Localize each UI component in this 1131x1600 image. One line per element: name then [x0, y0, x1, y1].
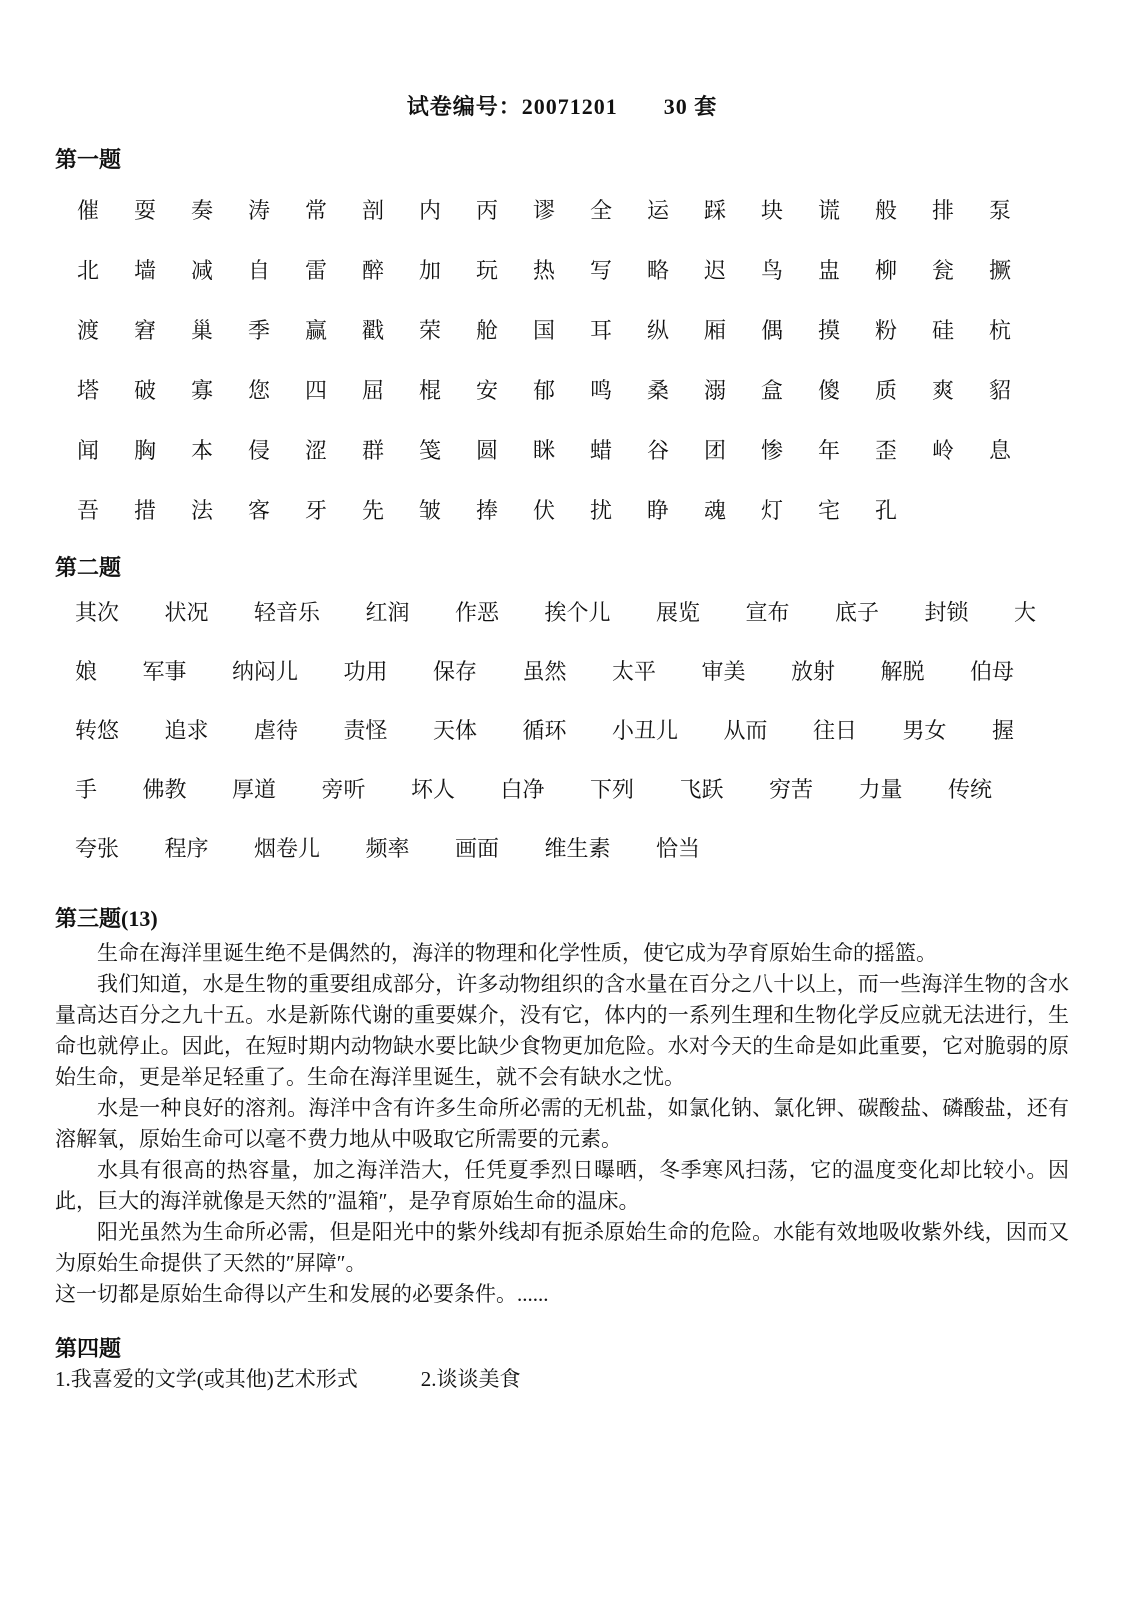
word-row-4: 手 佛教 厚道 旁听 坏人 白净 下列 飞跃 穷苦 力量 传统 — [55, 760, 1069, 819]
passage-paragraph-3: 水是一种良好的溶剂。海洋中含有许多生命所必需的无机盐，如氯化钠、氯化钾、碳酸盐、… — [55, 1093, 1069, 1155]
passage-paragraph-5: 阳光虽然为生命所必需，但是阳光中的紫外线却有扼杀原始生命的危险。水能有效地吸收紫… — [55, 1217, 1069, 1279]
char-row-2: 北墙减自雷醉加玩热写略迟鸟盅柳瓮撅 — [55, 241, 1069, 301]
word-row-5: 夸张 程序 烟卷儿 频率 画面 维生素 恰当 — [55, 819, 1069, 878]
passage-paragraph-4: 水具有很高的热容量，加之海洋浩大，任凭夏季烈日曝晒，冬季寒风扫荡，它的温度变化却… — [55, 1155, 1069, 1217]
section2-heading: 第二题 — [55, 555, 1069, 581]
passage-paragraph-1: 生命在海洋里诞生绝不是偶然的，海洋的物理和化学性质，使它成为孕育原始生命的摇篮。 — [55, 938, 1069, 969]
char-row-4: 塔破寡您四屈棍安郁鸣桑溺盒傻质爽貂 — [55, 361, 1069, 421]
section3-heading: 第三题(13) — [55, 906, 1069, 932]
essay-topics: 1.我喜爱的文学(或其他)艺术形式 2.谈谈美食 — [55, 1364, 1069, 1395]
page-title: 试卷编号：20071201 30 套 — [55, 90, 1069, 121]
section-question-4: 第四题 1.我喜爱的文学(或其他)艺术形式 2.谈谈美食 — [55, 1336, 1069, 1395]
section4-heading: 第四题 — [55, 1336, 1069, 1362]
section-question-2: 第二题 其次 状况 轻音乐 红润 作恶 挨个儿 展览 宣布 底子 封锁 大 娘 … — [55, 555, 1069, 878]
passage-paragraph-2: 我们知道，水是生物的重要组成部分，许多动物组织的含水量在百分之八十以上，而一些海… — [55, 969, 1069, 1093]
section-question-1: 第一题 催耍奏涛常剖内丙谬全运踩块谎般排泵 北墙减自雷醉加玩热写略迟鸟盅柳瓮撅 … — [55, 147, 1069, 541]
char-row-3: 渡窘巢季赢戳荣舱国耳纵厢偶摸粉硅杭 — [55, 301, 1069, 361]
exam-page: 试卷编号：20071201 30 套 第一题 催耍奏涛常剖内丙谬全运踩块谎般排泵… — [0, 0, 1131, 1600]
word-row-2: 娘 军事 纳闷儿 功用 保存 虽然 太平 审美 放射 解脱 伯母 — [55, 642, 1069, 701]
word-row-1: 其次 状况 轻音乐 红润 作恶 挨个儿 展览 宣布 底子 封锁 大 — [55, 583, 1069, 642]
word-row-3: 转悠 追求 虐待 责怪 天体 循环 小丑儿 从而 往日 男女 握 — [55, 701, 1069, 760]
char-row-1: 催耍奏涛常剖内丙谬全运踩块谎般排泵 — [55, 181, 1069, 241]
section1-heading: 第一题 — [55, 147, 1069, 173]
section-question-3: 第三题(13) 生命在海洋里诞生绝不是偶然的，海洋的物理和化学性质，使它成为孕育… — [55, 906, 1069, 1310]
char-row-6: 吾措法客牙先皱捧伏扰睁魂灯宅孔 — [55, 481, 1069, 541]
char-row-5: 闻胸本侵涩群笺圆眯蜡谷团惨年歪岭息 — [55, 421, 1069, 481]
passage-closing-line: 这一切都是原始生命得以产生和发展的必要条件。...... — [55, 1279, 1069, 1310]
